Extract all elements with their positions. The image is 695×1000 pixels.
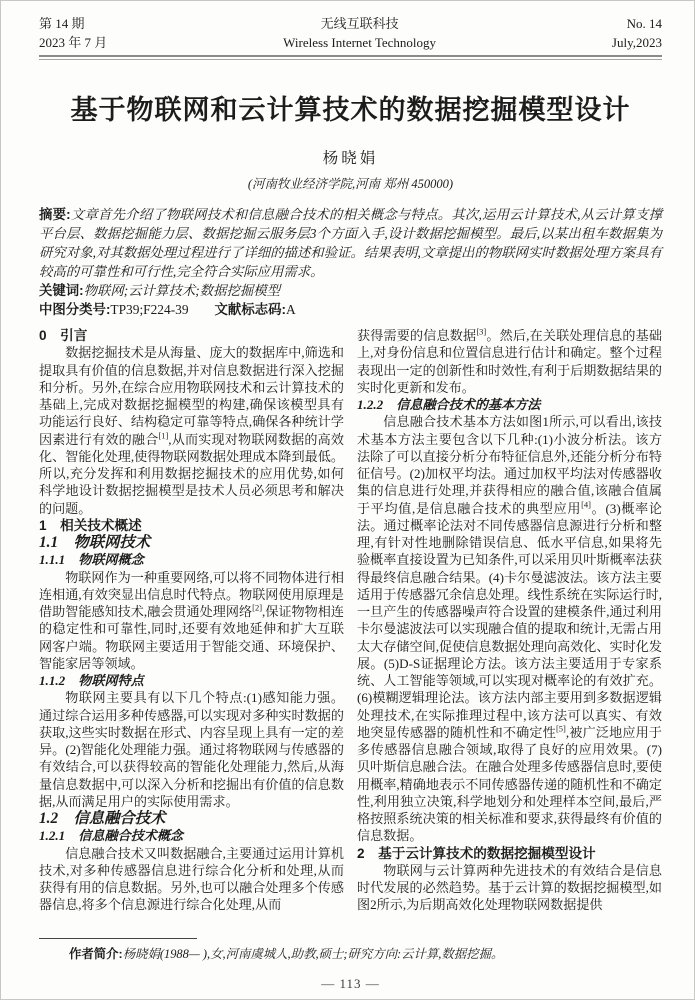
- journal-title-en: Wireless Internet Technology: [107, 33, 612, 52]
- author-bio-label: 作者简介:: [69, 947, 123, 961]
- abstract: 摘要:文章首先介绍了物联网技术和信息融合技术的相关概念与特点。其次,运用云计算技…: [39, 205, 662, 281]
- paragraph: 物联网作为一种重要网络,可以将不同物体进行相连相通,有效突显出信息时代特点。物联…: [39, 569, 344, 673]
- subsection-heading-1-2: 1.2 信息融合技术: [39, 810, 344, 827]
- paragraph-continuation: 获得需要的信息数据[3]。然后,在关联处理信息的基础上,对身份信息和位置信息进行…: [357, 327, 662, 396]
- header-right: No. 14 July,2023: [612, 14, 662, 52]
- page-number: — 113 —: [39, 976, 662, 992]
- clc-value: TP39;F224-39: [110, 302, 188, 317]
- header-left: 第 14 期 2023 年 7 月: [39, 14, 107, 52]
- author-bio-text: 杨晓娟(1988— ),女,河南虞城人,助教,硕士;研究方向:云计算,数据挖掘。: [123, 947, 504, 961]
- keywords-text: 物联网;云计算技术;数据挖掘模型: [84, 283, 280, 298]
- issue-number-en: No. 14: [612, 14, 662, 33]
- paragraph: 物联网与云计算两种先进技术的有效结合是信息时代发展的必然趋势。基于云计算的数据挖…: [357, 862, 662, 914]
- subsection-heading-1-1: 1.1 物联网技术: [39, 534, 344, 551]
- subsection-heading-1-1-1: 1.1.1 物联网概念: [39, 551, 344, 568]
- issue-date-cn: 2023 年 7 月: [39, 33, 107, 52]
- doc-code-label: 文献标志码:: [215, 302, 286, 317]
- paragraph: 信息融合技术又叫数据融合,主要通过运用计算机技术,对多种传感器信息进行综合化分析…: [39, 845, 344, 914]
- paragraph: 物联网主要具有以下几个特点:(1)感知能力强。通过综合运用多种传感器,可以实现对…: [39, 689, 344, 810]
- author-bio-footnote: 作者简介:杨晓娟(1988— ),女,河南虞城人,助教,硕士;研究方向:云计算,…: [39, 946, 662, 963]
- journal-header: 第 14 期 2023 年 7 月 无线互联科技 Wireless Intern…: [39, 14, 662, 52]
- article-title: 基于物联网和云计算技术的数据挖掘模型设计: [39, 88, 662, 127]
- body-columns: 0 引言 数据挖掘技术是从海量、庞大的数据库中,筛选和提取具有价值的信息数据,并…: [39, 327, 662, 931]
- author-name: 杨晓娟: [39, 146, 662, 168]
- subsection-heading-1-2-1: 1.2.1 信息融合技术概念: [39, 827, 344, 844]
- section-heading-2: 2 基于云计算技术的数据挖掘模型设计: [357, 845, 662, 862]
- section-heading-1: 1 相关技术概述: [39, 517, 344, 534]
- article-meta: 摘要:文章首先介绍了物联网技术和信息融合技术的相关概念与特点。其次,运用云计算技…: [39, 205, 662, 319]
- footnote-divider: [39, 938, 197, 939]
- issue-date-en: July,2023: [612, 33, 662, 52]
- paragraph: 信息融合技术基本方法如图1所示,可以看出,该技术基本方法主要包含以下几种:(1)…: [357, 413, 662, 844]
- journal-title-cn: 无线互联科技: [107, 14, 612, 33]
- doc-code-value: A: [286, 302, 296, 317]
- keywords: 关键词:物联网;云计算技术;数据挖掘模型: [39, 281, 662, 300]
- section-heading-0: 0 引言: [39, 327, 344, 344]
- abstract-label: 摘要:: [39, 207, 71, 222]
- paragraph: 数据挖掘技术是从海量、庞大的数据库中,筛选和提取具有价值的信息数据,并对信息数据…: [39, 344, 344, 517]
- issue-number-cn: 第 14 期: [39, 14, 107, 33]
- left-column: 0 引言 数据挖掘技术是从海量、庞大的数据库中,筛选和提取具有价值的信息数据,并…: [39, 327, 344, 931]
- header-center: 无线互联科技 Wireless Internet Technology: [107, 14, 612, 52]
- right-column: 获得需要的信息数据[3]。然后,在关联处理信息的基础上,对身份信息和位置信息进行…: [357, 327, 662, 931]
- header-divider: [39, 55, 662, 60]
- clc-label: 中图分类号:: [39, 302, 110, 317]
- subsection-heading-1-1-2: 1.1.2 物联网特点: [39, 672, 344, 689]
- journal-page: 第 14 期 2023 年 7 月 无线互联科技 Wireless Intern…: [0, 0, 695, 1000]
- abstract-text: 文章首先介绍了物联网技术和信息融合技术的相关概念与特点。其次,运用云计算技术,从…: [39, 207, 662, 279]
- classification-line: 中图分类号:TP39;F224-39文献标志码:A: [39, 300, 662, 319]
- author-affiliation: (河南牧业经济学院,河南 郑州 450000): [39, 174, 662, 192]
- subsection-heading-1-2-2: 1.2.2 信息融合技术的基本方法: [357, 396, 662, 413]
- keywords-label: 关键词:: [39, 283, 84, 298]
